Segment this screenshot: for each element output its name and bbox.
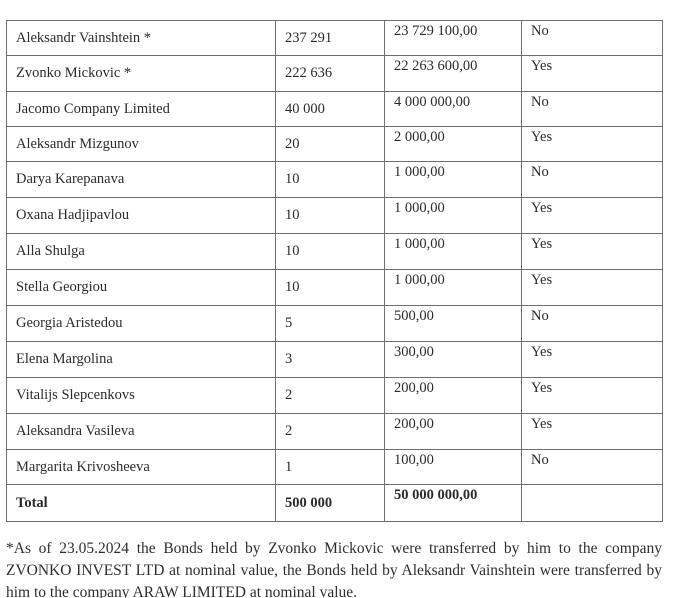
table-row: Georgia Aristedou 5 500,00 No bbox=[7, 306, 663, 342]
footnote: *As of 23.05.2024 the Bonds held by Zvon… bbox=[6, 538, 662, 598]
total-bond-count: 500 000 bbox=[276, 485, 385, 522]
bond-count: 1 bbox=[276, 450, 385, 485]
holder-name: Vitalijs Slepcenkovs bbox=[7, 378, 276, 414]
nominal-amount: 200,00 bbox=[385, 378, 522, 414]
holder-name: Zvonko Mickovic * bbox=[7, 56, 276, 92]
nominal-amount: 300,00 bbox=[385, 342, 522, 378]
bond-count: 40 000 bbox=[276, 92, 385, 127]
bond-count: 2 bbox=[276, 378, 385, 414]
table-row: Zvonko Mickovic * 222 636 22 263 600,00 … bbox=[7, 56, 663, 92]
table-row: Jacomo Company Limited 40 000 4 000 000,… bbox=[7, 92, 663, 127]
bond-count: 222 636 bbox=[276, 56, 385, 92]
bond-count: 10 bbox=[276, 234, 385, 270]
flag-value: Yes bbox=[522, 414, 663, 450]
nominal-amount: 22 263 600,00 bbox=[385, 56, 522, 92]
flag-value: Yes bbox=[522, 378, 663, 414]
holder-name: Alla Shulga bbox=[7, 234, 276, 270]
table-row: Alla Shulga 10 1 000,00 Yes bbox=[7, 234, 663, 270]
flag-value: No bbox=[522, 450, 663, 485]
flag-value: Yes bbox=[522, 56, 663, 92]
nominal-amount: 1 000,00 bbox=[385, 234, 522, 270]
bond-count: 20 bbox=[276, 127, 385, 162]
nominal-amount: 1 000,00 bbox=[385, 162, 522, 198]
total-flag bbox=[522, 485, 663, 522]
flag-value: No bbox=[522, 162, 663, 198]
nominal-amount: 4 000 000,00 bbox=[385, 92, 522, 127]
table-row: Oxana Hadjipavlou 10 1 000,00 Yes bbox=[7, 198, 663, 234]
holder-name: Aleksandr Mizgunov bbox=[7, 127, 276, 162]
holder-name: Aleksandr Vainshtein * bbox=[7, 21, 276, 56]
total-amount: 50 000 000,00 bbox=[385, 485, 522, 522]
bond-count: 5 bbox=[276, 306, 385, 342]
holder-name: Georgia Aristedou bbox=[7, 306, 276, 342]
table-row: Aleksandr Mizgunov 20 2 000,00 Yes bbox=[7, 127, 663, 162]
table-row: Aleksandra Vasileva 2 200,00 Yes bbox=[7, 414, 663, 450]
bond-count: 237 291 bbox=[276, 21, 385, 56]
holder-name: Stella Georgiou bbox=[7, 270, 276, 306]
holder-name: Margarita Krivosheeva bbox=[7, 450, 276, 485]
holder-name: Elena Margolina bbox=[7, 342, 276, 378]
flag-value: No bbox=[522, 92, 663, 127]
total-row: Total 500 000 50 000 000,00 bbox=[7, 485, 663, 522]
table-body: Aleksandr Vainshtein * 237 291 23 729 10… bbox=[7, 21, 663, 522]
holder-name: Darya Karepanava bbox=[7, 162, 276, 198]
holder-name: Aleksandra Vasileva bbox=[7, 414, 276, 450]
bond-count: 10 bbox=[276, 162, 385, 198]
nominal-amount: 500,00 bbox=[385, 306, 522, 342]
nominal-amount: 200,00 bbox=[385, 414, 522, 450]
table-row: Darya Karepanava 10 1 000,00 No bbox=[7, 162, 663, 198]
nominal-amount: 2 000,00 bbox=[385, 127, 522, 162]
flag-value: Yes bbox=[522, 270, 663, 306]
flag-value: Yes bbox=[522, 198, 663, 234]
nominal-amount: 100,00 bbox=[385, 450, 522, 485]
holder-name: Oxana Hadjipavlou bbox=[7, 198, 276, 234]
table-row: Aleksandr Vainshtein * 237 291 23 729 10… bbox=[7, 21, 663, 56]
bond-count: 10 bbox=[276, 198, 385, 234]
flag-value: Yes bbox=[522, 234, 663, 270]
bond-count: 10 bbox=[276, 270, 385, 306]
flag-value: No bbox=[522, 306, 663, 342]
table-row: Stella Georgiou 10 1 000,00 Yes bbox=[7, 270, 663, 306]
table-row: Vitalijs Slepcenkovs 2 200,00 Yes bbox=[7, 378, 663, 414]
flag-value: Yes bbox=[522, 342, 663, 378]
nominal-amount: 1 000,00 bbox=[385, 198, 522, 234]
holder-name: Jacomo Company Limited bbox=[7, 92, 276, 127]
bond-count: 3 bbox=[276, 342, 385, 378]
bondholders-table: Aleksandr Vainshtein * 237 291 23 729 10… bbox=[6, 20, 663, 522]
nominal-amount: 23 729 100,00 bbox=[385, 21, 522, 56]
table-row: Margarita Krivosheeva 1 100,00 No bbox=[7, 450, 663, 485]
nominal-amount: 1 000,00 bbox=[385, 270, 522, 306]
bond-count: 2 bbox=[276, 414, 385, 450]
flag-value: No bbox=[522, 21, 663, 56]
flag-value: Yes bbox=[522, 127, 663, 162]
total-label: Total bbox=[7, 485, 276, 522]
table-row: Elena Margolina 3 300,00 Yes bbox=[7, 342, 663, 378]
